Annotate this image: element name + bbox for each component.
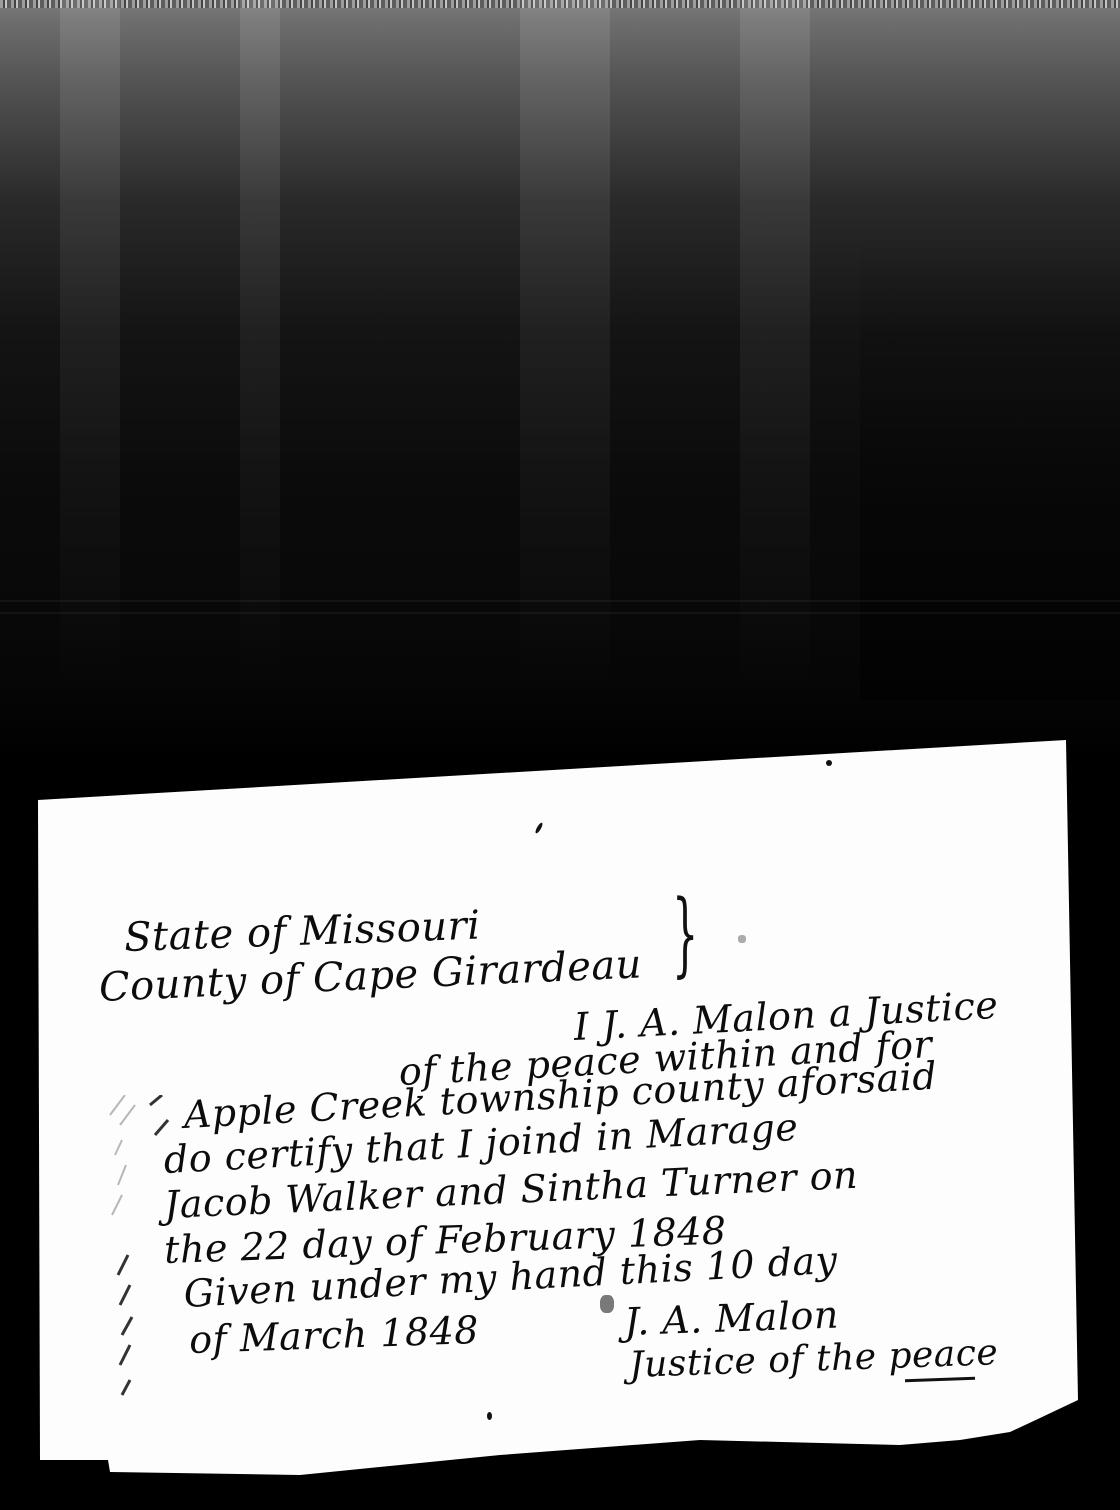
ink-blot bbox=[600, 1295, 614, 1313]
header-brace: } bbox=[672, 880, 699, 987]
margin-notes bbox=[100, 1095, 170, 1415]
signature-name: J. A. Malon bbox=[623, 1293, 839, 1344]
ink-speck bbox=[738, 935, 746, 943]
ink-speck bbox=[826, 760, 832, 766]
microfilm-scan: State of Missouri County of Cape Girarde… bbox=[0, 0, 1120, 1510]
ink-speck bbox=[487, 1412, 492, 1420]
